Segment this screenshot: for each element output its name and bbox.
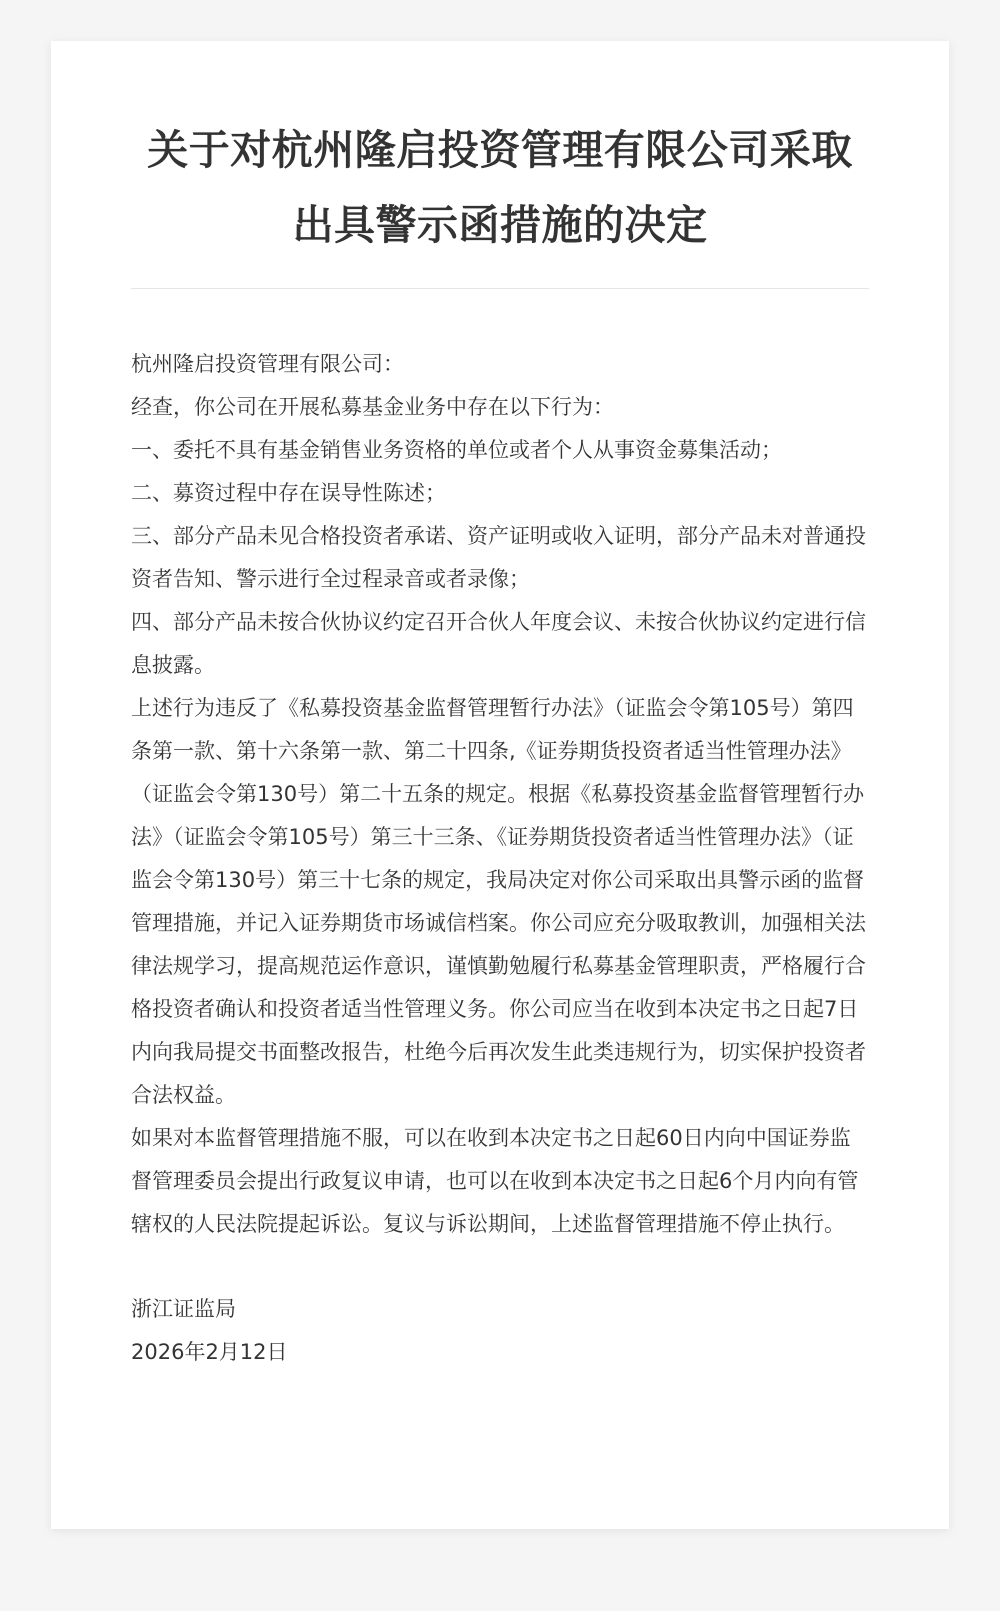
paragraph-intro: 经查，你公司在开展私募基金业务中存在以下行为： <box>131 386 869 429</box>
title-divider <box>131 288 869 289</box>
signature-block: 浙江证监局 2026年2月12日 <box>131 1288 869 1374</box>
issue-date: 2026年2月12日 <box>131 1331 869 1374</box>
paragraph-decision: 上述行为违反了《私募投资基金监督管理暂行办法》（证监会令第105号）第四条第一款… <box>131 687 869 1117</box>
addressee: 杭州隆启投资管理有限公司： <box>131 343 869 386</box>
paragraph-item-1: 一、委托不具有基金销售业务资格的单位或者个人从事资金募集活动； <box>131 429 869 472</box>
document-body: 杭州隆启投资管理有限公司： 经查，你公司在开展私募基金业务中存在以下行为： 一、… <box>131 343 869 1246</box>
document-title: 关于对杭州隆启投资管理有限公司采取出具警示函措施的决定 <box>131 41 869 263</box>
paragraph-item-2: 二、募资过程中存在误导性陈述； <box>131 472 869 515</box>
paragraph-appeal: 如果对本监督管理措施不服，可以在收到本决定书之日起60日内向中国证券监督管理委员… <box>131 1117 869 1246</box>
issuer-name: 浙江证监局 <box>131 1288 869 1331</box>
document-card: 关于对杭州隆启投资管理有限公司采取出具警示函措施的决定 杭州隆启投资管理有限公司… <box>51 41 949 1529</box>
paragraph-item-4: 四、部分产品未按合伙协议约定召开合伙人年度会议、未按合伙协议约定进行信息披露。 <box>131 601 869 687</box>
paragraph-item-3: 三、部分产品未见合格投资者承诺、资产证明或收入证明，部分产品未对普通投资者告知、… <box>131 515 869 601</box>
